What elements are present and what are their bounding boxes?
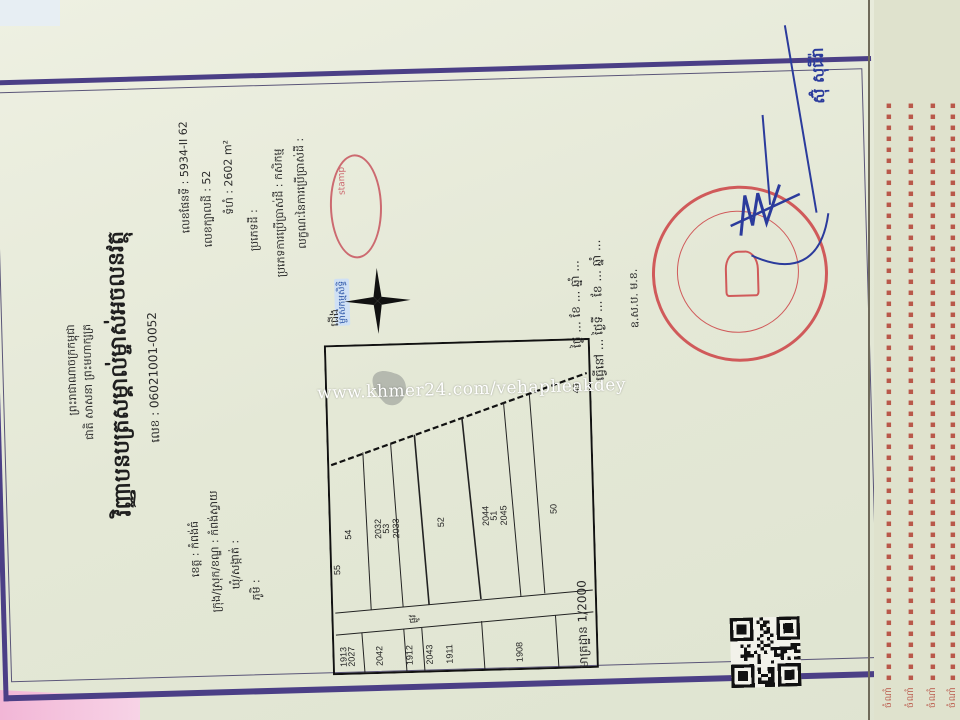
province-value: កំពង់ធំ [188,521,202,549]
land-type-label: ប្រភេទដី [247,216,261,251]
village-label: ភូមិ [250,586,263,600]
date-stamp-text: stamp [337,167,348,195]
svg-text:2042: 2042 [374,646,385,666]
parcel-number-value: 52 [200,170,213,184]
land-type-row: ប្រភេទដី : [246,209,263,251]
scale-value: 1/2000 [574,580,589,623]
svg-text:1908: 1908 [514,642,525,662]
signer-name: ស៊ុំ សុធីរ៉ា [806,47,832,104]
svg-text:2043: 2043 [424,644,435,664]
district-row: ក្រុង/ស្រុក/ខណ្ឌ : កំពង់ស្វាយ [206,490,225,612]
area-unit: m² [221,140,234,155]
map-scale: មាត្រដ្ឋាន 1/2000 [572,580,592,668]
svg-text:53: 53 [381,524,391,534]
village-row: ភូមិ : [248,579,265,601]
svg-text:1912: 1912 [404,645,415,665]
commune-row: ឃុំ/សង្កាត់ : [227,540,244,590]
land-use-detail-row: លក្ខណៈនៃការប្រើប្រាស់ដី : [292,138,311,249]
area-label: ទំហំ [223,197,236,215]
svg-text:51: 51 [489,511,499,521]
svg-text:2027: 2027 [346,647,357,667]
land-use-label: ប្រភេទការប្រើប្រាស់ដី [272,190,287,277]
motto-heading: ជាតិ សាសនា ព្រះមហាក្សត្រ [79,324,98,440]
signature [706,72,862,296]
side-notes-col-4: ចំណាំ ▪▪▪▪▪▪▪▪▪▪▪▪▪▪▪▪▪▪▪▪▪▪▪▪▪▪▪▪▪▪▪▪▪▪… [946,8,960,708]
north-label: ជើង [327,309,343,327]
issue-date-line: ថ្ងៃ ... ខែ ... ឆ្នាំ ... [566,260,586,348]
map-sheet-row: លេខផែនទី : 5934-II 62 [176,121,195,233]
svg-text:2033: 2033 [391,518,402,538]
issuing-office: ឧ.ស.ប. ម.ខ. [626,268,644,328]
district-label: ក្រុង/ស្រុក/ខណ្ឌ [208,546,223,612]
land-use-detail-label: លក្ខណៈនៃការប្រើប្រាស់ដី [293,145,309,249]
area-row: ទំហំ : 2602 m² [220,140,238,215]
side-notes: ចំណាំ ▪▪▪▪▪▪▪▪▪▪▪▪▪▪▪▪▪▪▪▪▪▪▪▪▪▪▪▪▪▪▪▪▪▪… [874,0,960,720]
parcel-number-row: លេខក្បាលដី : 52 [199,170,217,247]
province-row: ខេត្ត : កំពង់ធំ [187,521,205,578]
north-arrow-icon [342,265,414,337]
area-value: 2602 [222,158,236,186]
side-notes-col-1: ចំណាំ ▪▪▪▪▪▪▪▪▪▪▪▪▪▪▪▪▪▪▪▪▪▪▪▪▪▪▪▪▪▪▪▪▪▪… [882,8,896,708]
land-use-value: កសិកម្ម [271,148,285,180]
side-notes-col-2: ចំណាំ ▪▪▪▪▪▪▪▪▪▪▪▪▪▪▪▪▪▪▪▪▪▪▪▪▪▪▪▪▪▪▪▪▪▪… [904,8,918,708]
svg-text:ផ្លូវ: ផ្លូវ [407,614,419,623]
map-sheet-label: លេខផែនទី [178,188,192,234]
district-value: កំពង់ស្វាយ [207,490,221,536]
svg-text:50: 50 [548,504,558,514]
margin-divider [868,0,870,720]
svg-text:52: 52 [436,517,446,527]
certificate-number-label: លេខ [148,420,163,443]
svg-text:55: 55 [332,565,342,575]
map-sheet-value: 5934-II 62 [177,121,192,177]
side-notes-col-3: ចំណាំ ▪▪▪▪▪▪▪▪▪▪▪▪▪▪▪▪▪▪▪▪▪▪▪▪▪▪▪▪▪▪▪▪▪▪… [926,8,940,708]
background-paper-corner [0,0,60,26]
certificate-number-value: 06021001-0052 [145,312,162,408]
province-label: ខេត្ត [189,559,202,577]
scale-label: មាត្រដ្ឋាន [576,626,591,668]
svg-text:1911: 1911 [444,644,455,664]
qr-code-icon [730,616,802,688]
parcel-number-label: លេខក្បាលដី [201,195,215,247]
svg-text:54: 54 [343,530,353,540]
svg-text:2045: 2045 [498,505,509,525]
certificate-number: លេខ : 06021001-0052 [143,312,165,443]
land-title-sheet: ព្រះរាជាណាចក្រកម្ពុជា ជាតិ សាសនា ព្រះមហា… [0,2,903,699]
commune-label: ឃុំ/សង្កាត់ [228,547,242,589]
